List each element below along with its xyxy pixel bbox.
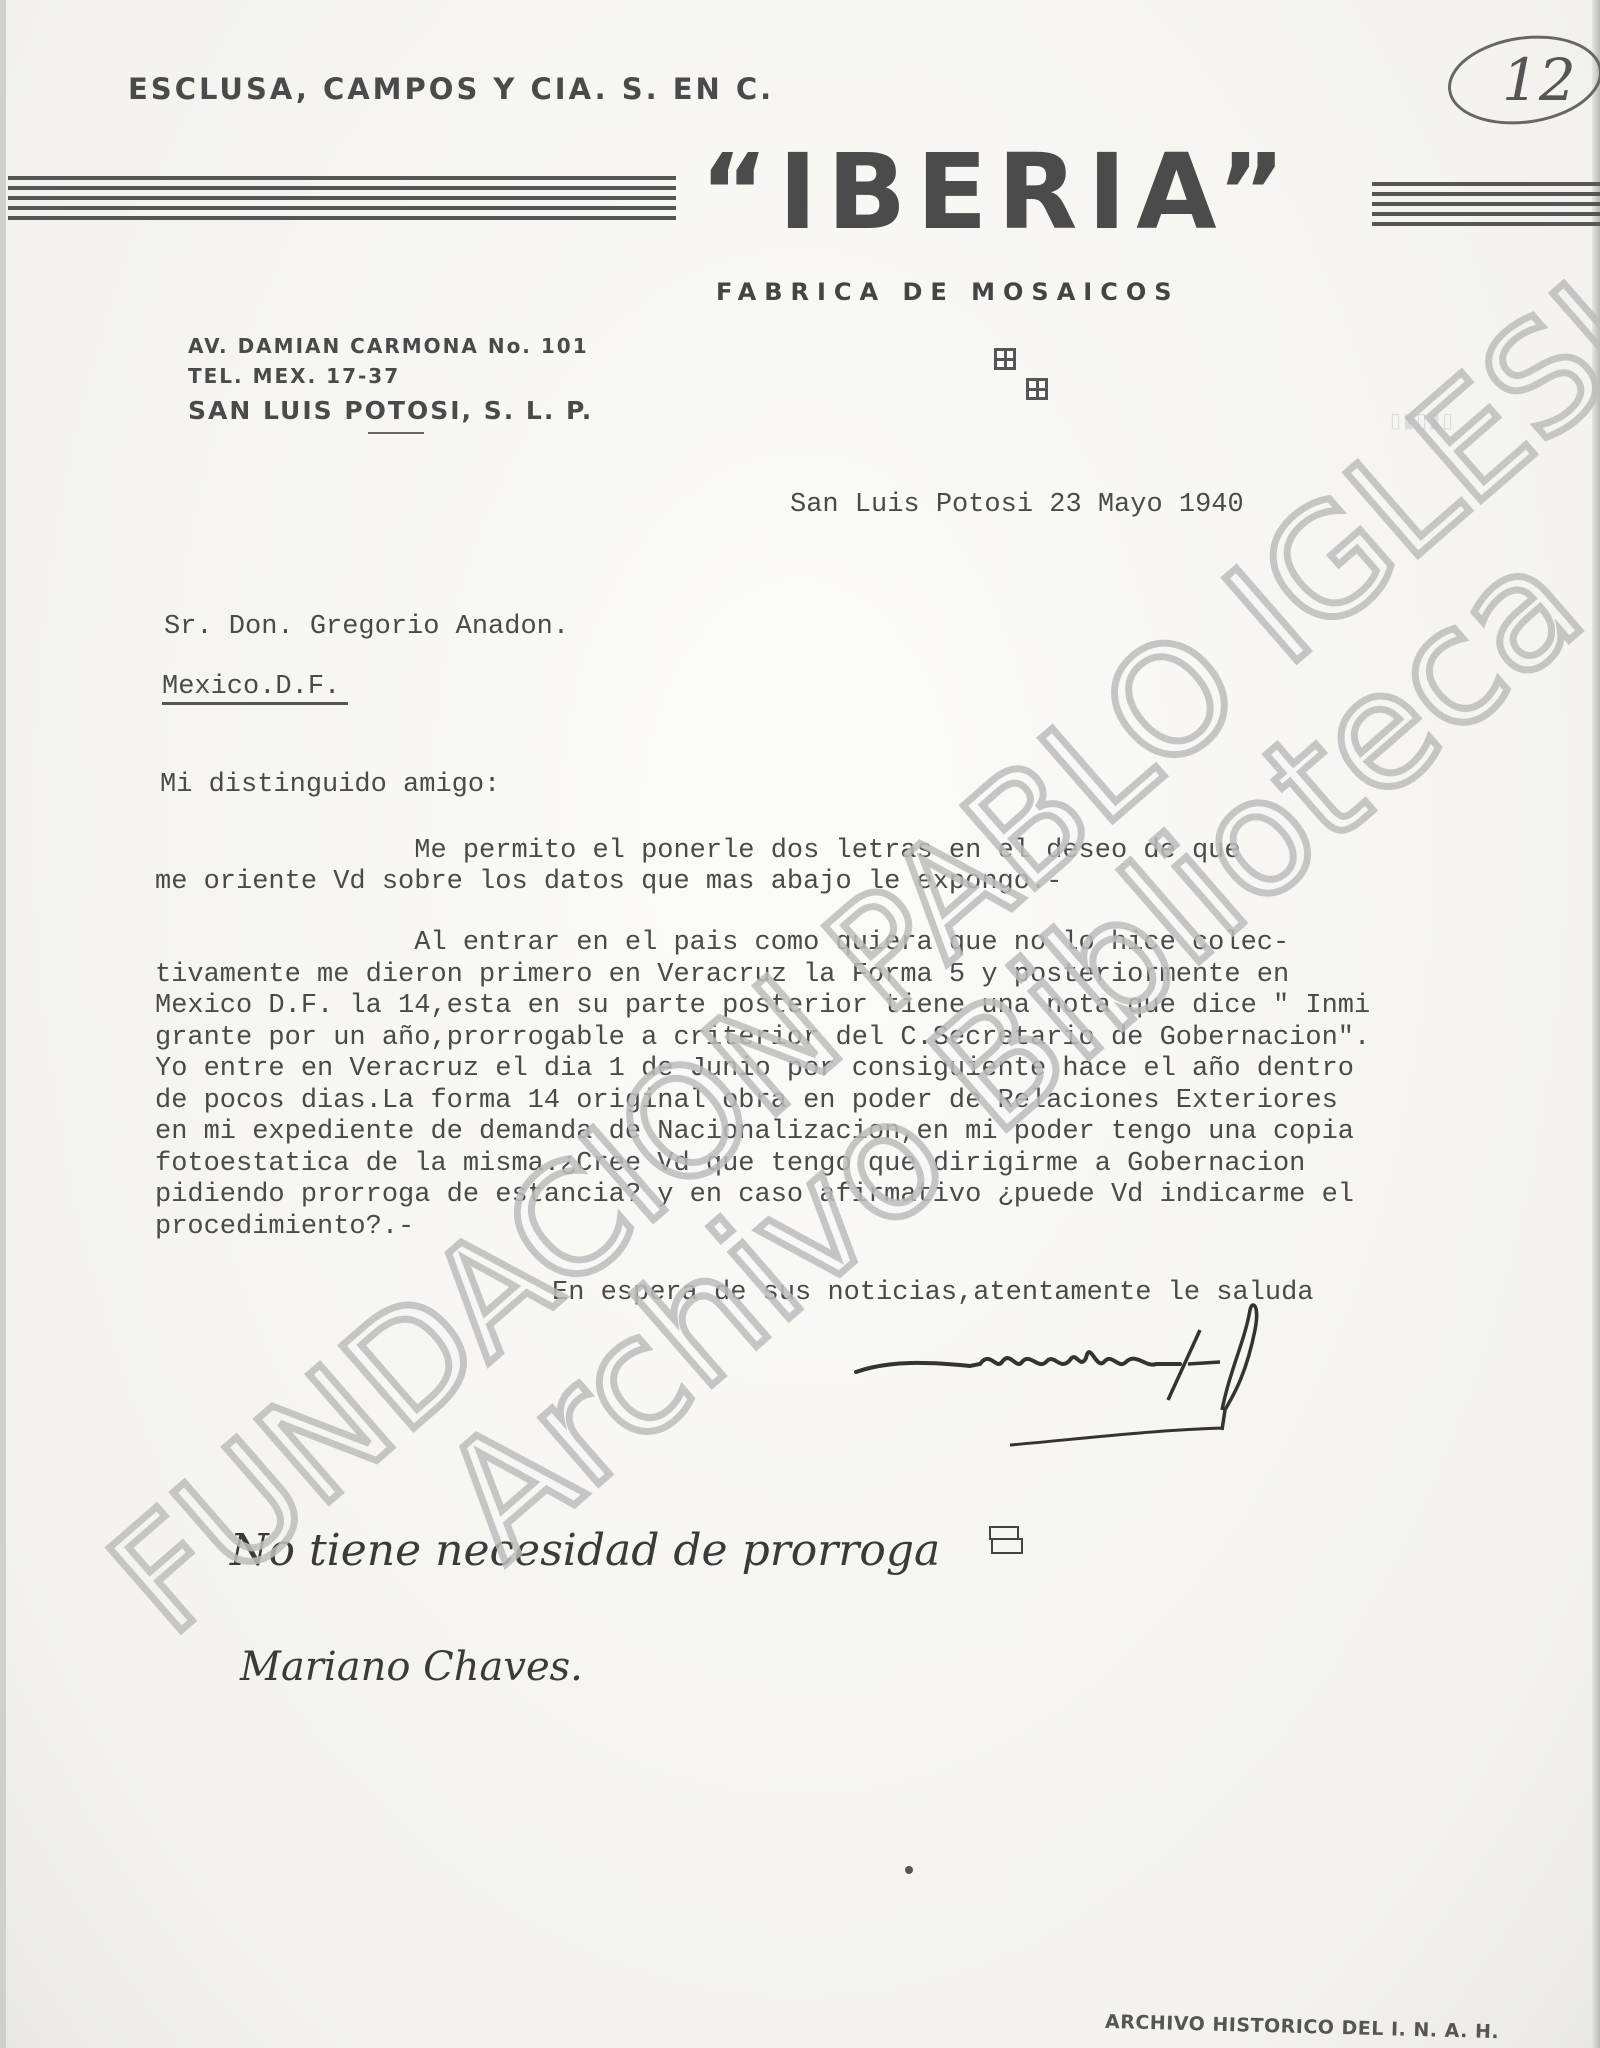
letter-date: San Luis Potosi 23 Mayo 1940 [790, 490, 1244, 520]
scan-edge-left [0, 0, 6, 2048]
faint-stamp-mark: ▯▮▯▮▯ [1390, 408, 1455, 432]
address-phone: TEL. MEX. 17-37 [188, 364, 400, 388]
signature [850, 1300, 1450, 1460]
company-name: ESCLUSA, CAMPOS Y CIA. S. EN C. [128, 72, 774, 106]
archive-stamp: ARCHIVO HISTORICO DEL I. N. A. H. [1105, 2011, 1500, 2043]
svg-text:12: 12 [1502, 46, 1576, 114]
brand-subtitle: FABRICA DE MOSAICOS [716, 278, 1180, 306]
paragraph-line: grante por un año,prorrogable a criterio… [155, 1023, 1370, 1055]
paragraph-1: Me permito el ponerle dos letras en el d… [155, 836, 1575, 898]
paragraph-line: tivamente me dieron primero en Veracruz … [155, 960, 1370, 992]
header-rules-right [1372, 182, 1600, 232]
ink-dot [905, 1866, 913, 1874]
address-underline [368, 432, 424, 434]
recipient-name: Sr. Don. Gregorio Anadon. [164, 612, 569, 642]
paragraph-line: Al entrar en el pais como quiera que no … [155, 928, 1370, 960]
page-number-circle: 12 [1440, 18, 1600, 138]
paragraph-line: procedimiento?.- [155, 1212, 1370, 1244]
address-street: AV. DAMIAN CARMONA No. 101 [188, 334, 589, 358]
brand-logo-text: “IBERIA” [700, 140, 1295, 244]
tile-icon [994, 348, 1016, 370]
paragraph-line: Mexico D.F. la 14,esta en su parte poste… [155, 991, 1370, 1023]
letter-page: 12 ESCLUSA, CAMPOS Y CIA. S. EN C. “IBER… [0, 0, 1600, 2048]
paragraph-2: Al entrar en el pais como quiera que no … [155, 928, 1370, 1243]
tile-icon [1026, 378, 1048, 400]
scan-edge-right [1592, 0, 1600, 2048]
paragraph-line: en mi expediente de demanda de Nacionali… [155, 1117, 1370, 1149]
salutation: Mi distinguido amigo: [160, 770, 500, 800]
recipient-city: Mexico.D.F. [162, 672, 348, 705]
paragraph-line: fotoestatica de la misma.¿Cree Vd que te… [155, 1149, 1370, 1181]
address-city: SAN LUIS POTOSI, S. L. P. [188, 396, 593, 425]
handwritten-note: No tiene necesidad de prorroga Mariano C… [220, 1505, 1040, 1705]
paragraph-line: Yo entre en Veracruz el dia 1 de Junio p… [155, 1054, 1370, 1086]
svg-text:Mariano Chaves.: Mariano Chaves. [239, 1644, 583, 1690]
paragraph-line: Me permito el ponerle dos letras en el d… [155, 836, 1575, 867]
paragraph-line: pidiendo prorroga de estancia? y en caso… [155, 1180, 1370, 1212]
header-rules-left [8, 176, 676, 226]
paragraph-line: de pocos dias.La forma 14 original obra … [155, 1086, 1370, 1118]
svg-text:No tiene necesidad de prorroga: No tiene necesidad de prorroga [229, 1525, 940, 1576]
paragraph-line: me oriente Vd sobre los datos que mas ab… [155, 867, 1575, 898]
